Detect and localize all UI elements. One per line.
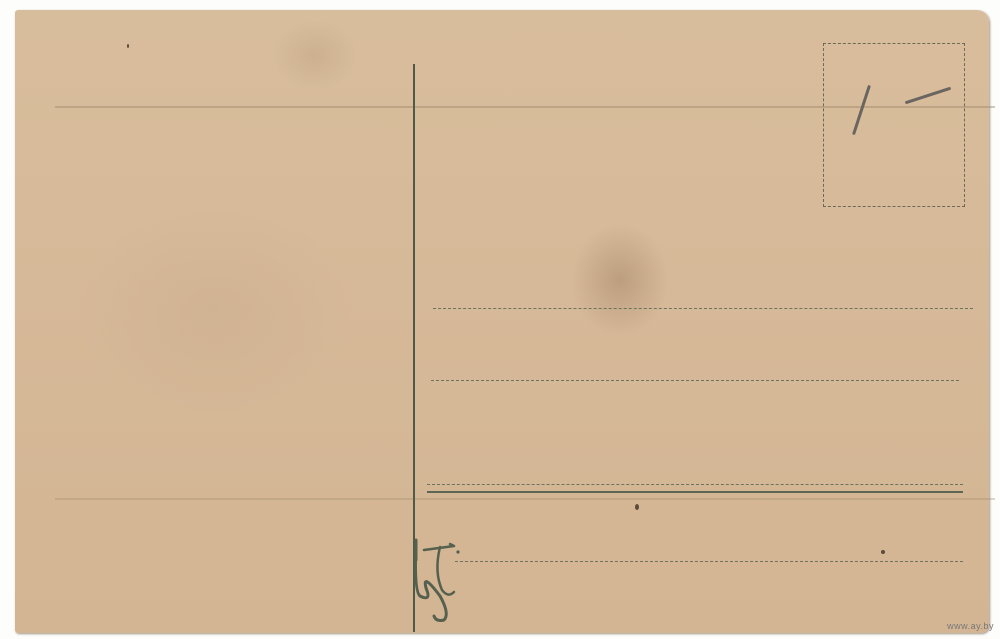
address-line-2 — [431, 380, 959, 381]
pencil-mark-one — [852, 85, 871, 135]
stamp-box — [823, 43, 965, 207]
watermark: www.ay.by — [947, 621, 994, 631]
address-line-4 — [455, 561, 963, 562]
publisher-monogram-icon — [410, 532, 470, 622]
ink-spot — [635, 504, 639, 510]
postcard-back — [15, 10, 989, 633]
address-solid-line — [427, 491, 963, 493]
paper-crease — [55, 498, 995, 500]
ink-spot — [127, 44, 129, 48]
address-line-3 — [427, 484, 963, 485]
ink-spot — [881, 550, 885, 554]
pencil-mark-dash — [905, 87, 952, 105]
address-line-1 — [433, 308, 973, 309]
